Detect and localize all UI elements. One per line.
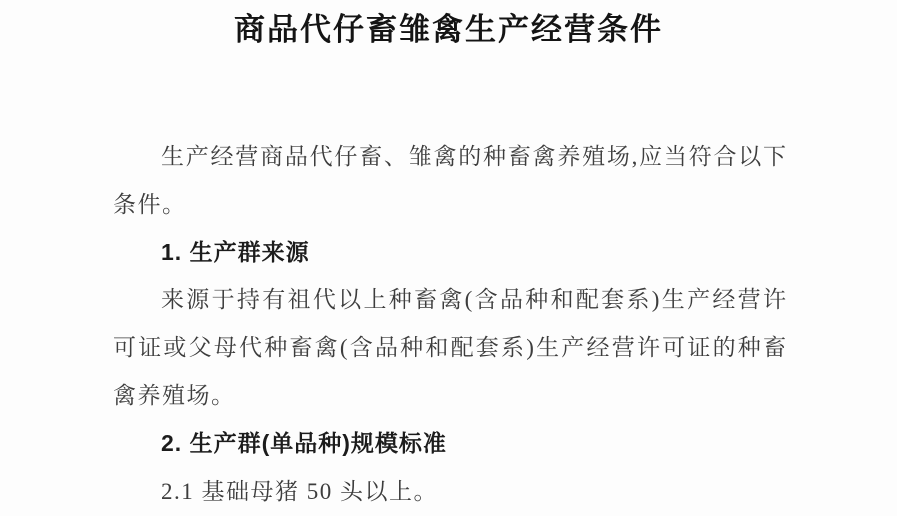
document-line: 2.1 基础母猪 50 头以上。 (113, 468, 786, 516)
document-title: 商品代仔畜雏禽生产经营条件 (0, 10, 897, 50)
document-line: 生产经营商品代仔畜、雏禽的种畜禽养殖场,应当符合以下 (113, 133, 786, 181)
document-line: 条件。 (113, 181, 786, 229)
document-page: 商品代仔畜雏禽生产经营条件 生产经营商品代仔畜、雏禽的种畜禽养殖场,应当符合以下… (0, 0, 897, 516)
document-line: 禽养殖场。 (113, 372, 786, 420)
document-line: 来源于持有祖代以上种畜禽(含品种和配套系)生产经营许 (113, 276, 786, 324)
document-line: 可证或父母代种畜禽(含品种和配套系)生产经营许可证的种畜 (113, 324, 786, 372)
document-body: 生产经营商品代仔畜、雏禽的种畜禽养殖场,应当符合以下条件。1. 生产群来源来源于… (113, 133, 786, 515)
section-heading: 1. 生产群来源 (113, 229, 786, 277)
section-heading: 2. 生产群(单品种)规模标准 (113, 420, 786, 468)
